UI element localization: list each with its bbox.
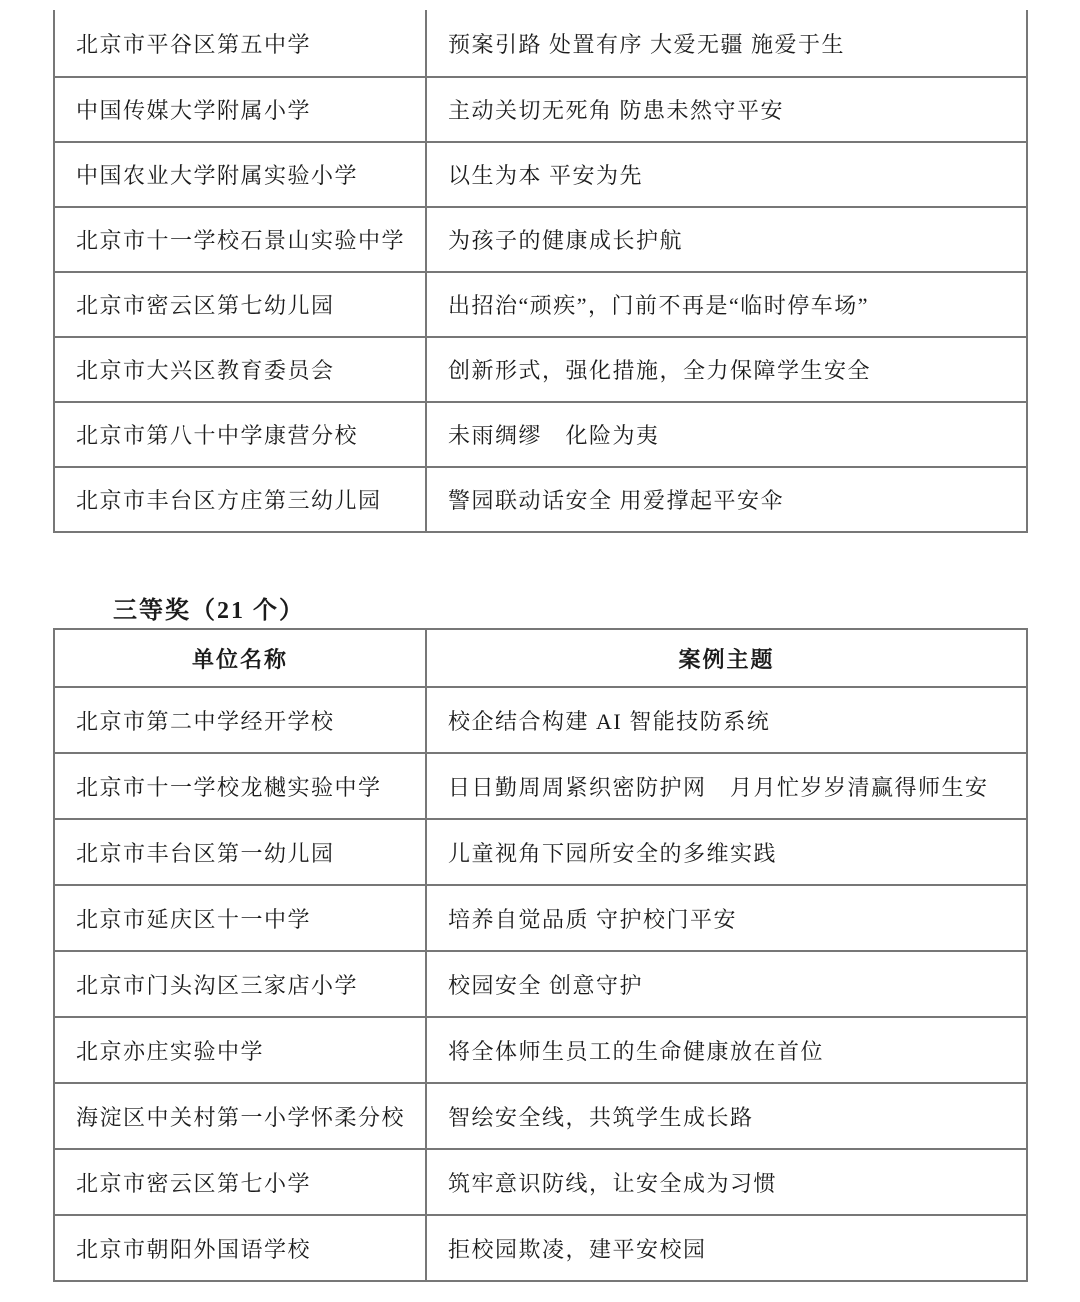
theme-cell: 校园安全 创意守护 (426, 951, 1027, 1017)
school-cell: 中国传媒大学附属小学 (54, 77, 426, 142)
unit-name-header: 单位名称 (54, 629, 426, 687)
section-heading-third-prize: 三等奖（21 个） (113, 590, 305, 625)
school-cell: 中国农业大学附属实验小学 (54, 142, 426, 207)
table-row: 北京市丰台区第一幼儿园 儿童视角下园所安全的多维实践 (54, 819, 1027, 885)
case-theme-header: 案例主题 (426, 629, 1027, 687)
third-prize-table: 单位名称 案例主题 北京市第二中学经开学校 校企结合构建 AI 智能技防系统 北… (53, 628, 1028, 1282)
school-cell: 北京市第八十中学康营分校 (54, 402, 426, 467)
table-row: 北京市十一学校龙樾实验中学 日日勤周周紧织密防护网 月月忙岁岁清赢得师生安 (54, 753, 1027, 819)
theme-cell: 儿童视角下园所安全的多维实践 (426, 819, 1027, 885)
theme-cell: 日日勤周周紧织密防护网 月月忙岁岁清赢得师生安 (426, 753, 1027, 819)
table-header-row: 单位名称 案例主题 (54, 629, 1027, 687)
table-row: 中国传媒大学附属小学 主动关切无死角 防患未然守平安 (54, 77, 1027, 142)
school-cell: 北京市密云区第七幼儿园 (54, 272, 426, 337)
theme-cell: 出招治“顽疾”，门前不再是“临时停车场” (426, 272, 1027, 337)
school-cell: 北京市门头沟区三家店小学 (54, 951, 426, 1017)
school-cell: 北京市十一学校石景山实验中学 (54, 207, 426, 272)
theme-cell: 拒校园欺凌，建平安校园 (426, 1215, 1027, 1281)
table-row: 北京市平谷区第五中学 预案引路 处置有序 大爱无疆 施爱于生 (54, 10, 1027, 77)
school-cell: 北京市丰台区第一幼儿园 (54, 819, 426, 885)
theme-cell: 预案引路 处置有序 大爱无疆 施爱于生 (426, 10, 1027, 77)
theme-cell: 筑牢意识防线，让安全成为习惯 (426, 1149, 1027, 1215)
school-cell: 北京市大兴区教育委员会 (54, 337, 426, 402)
school-cell: 北京市第二中学经开学校 (54, 687, 426, 753)
table-row: 北京市门头沟区三家店小学 校园安全 创意守护 (54, 951, 1027, 1017)
table-row: 北京市密云区第七小学 筑牢意识防线，让安全成为习惯 (54, 1149, 1027, 1215)
school-cell: 北京市朝阳外国语学校 (54, 1215, 426, 1281)
theme-cell: 以生为本 平安为先 (426, 142, 1027, 207)
theme-cell: 主动关切无死角 防患未然守平安 (426, 77, 1027, 142)
theme-cell: 创新形式，强化措施，全力保障学生安全 (426, 337, 1027, 402)
table-row: 北京亦庄实验中学 将全体师生员工的生命健康放在首位 (54, 1017, 1027, 1083)
table-row: 北京市大兴区教育委员会 创新形式，强化措施，全力保障学生安全 (54, 337, 1027, 402)
table-row: 北京市十一学校石景山实验中学 为孩子的健康成长护航 (54, 207, 1027, 272)
theme-cell: 校企结合构建 AI 智能技防系统 (426, 687, 1027, 753)
table-row: 中国农业大学附属实验小学 以生为本 平安为先 (54, 142, 1027, 207)
school-cell: 北京亦庄实验中学 (54, 1017, 426, 1083)
school-cell: 北京市延庆区十一中学 (54, 885, 426, 951)
school-cell: 北京市十一学校龙樾实验中学 (54, 753, 426, 819)
theme-cell: 警园联动话安全 用爱撑起平安伞 (426, 467, 1027, 532)
theme-cell: 未雨绸缪 化险为夷 (426, 402, 1027, 467)
school-cell: 北京市丰台区方庄第三幼儿园 (54, 467, 426, 532)
theme-cell: 为孩子的健康成长护航 (426, 207, 1027, 272)
table-row: 北京市丰台区方庄第三幼儿园 警园联动话安全 用爱撑起平安伞 (54, 467, 1027, 532)
table-row: 北京市密云区第七幼儿园 出招治“顽疾”，门前不再是“临时停车场” (54, 272, 1027, 337)
school-cell: 海淀区中关村第一小学怀柔分校 (54, 1083, 426, 1149)
table-row: 北京市延庆区十一中学 培养自觉品质 守护校门平安 (54, 885, 1027, 951)
theme-cell: 将全体师生员工的生命健康放在首位 (426, 1017, 1027, 1083)
table-row: 海淀区中关村第一小学怀柔分校 智绘安全线，共筑学生成长路 (54, 1083, 1027, 1149)
school-cell: 北京市密云区第七小学 (54, 1149, 426, 1215)
theme-cell: 培养自觉品质 守护校门平安 (426, 885, 1027, 951)
school-cell: 北京市平谷区第五中学 (54, 10, 426, 77)
continuation-award-table: 北京市平谷区第五中学 预案引路 处置有序 大爱无疆 施爱于生 中国传媒大学附属小… (53, 10, 1028, 533)
table-row: 北京市第二中学经开学校 校企结合构建 AI 智能技防系统 (54, 687, 1027, 753)
table-row: 北京市第八十中学康营分校 未雨绸缪 化险为夷 (54, 402, 1027, 467)
table-row: 北京市朝阳外国语学校 拒校园欺凌，建平安校园 (54, 1215, 1027, 1281)
theme-cell: 智绘安全线，共筑学生成长路 (426, 1083, 1027, 1149)
document-page: 北京市平谷区第五中学 预案引路 处置有序 大爱无疆 施爱于生 中国传媒大学附属小… (0, 0, 1080, 1302)
